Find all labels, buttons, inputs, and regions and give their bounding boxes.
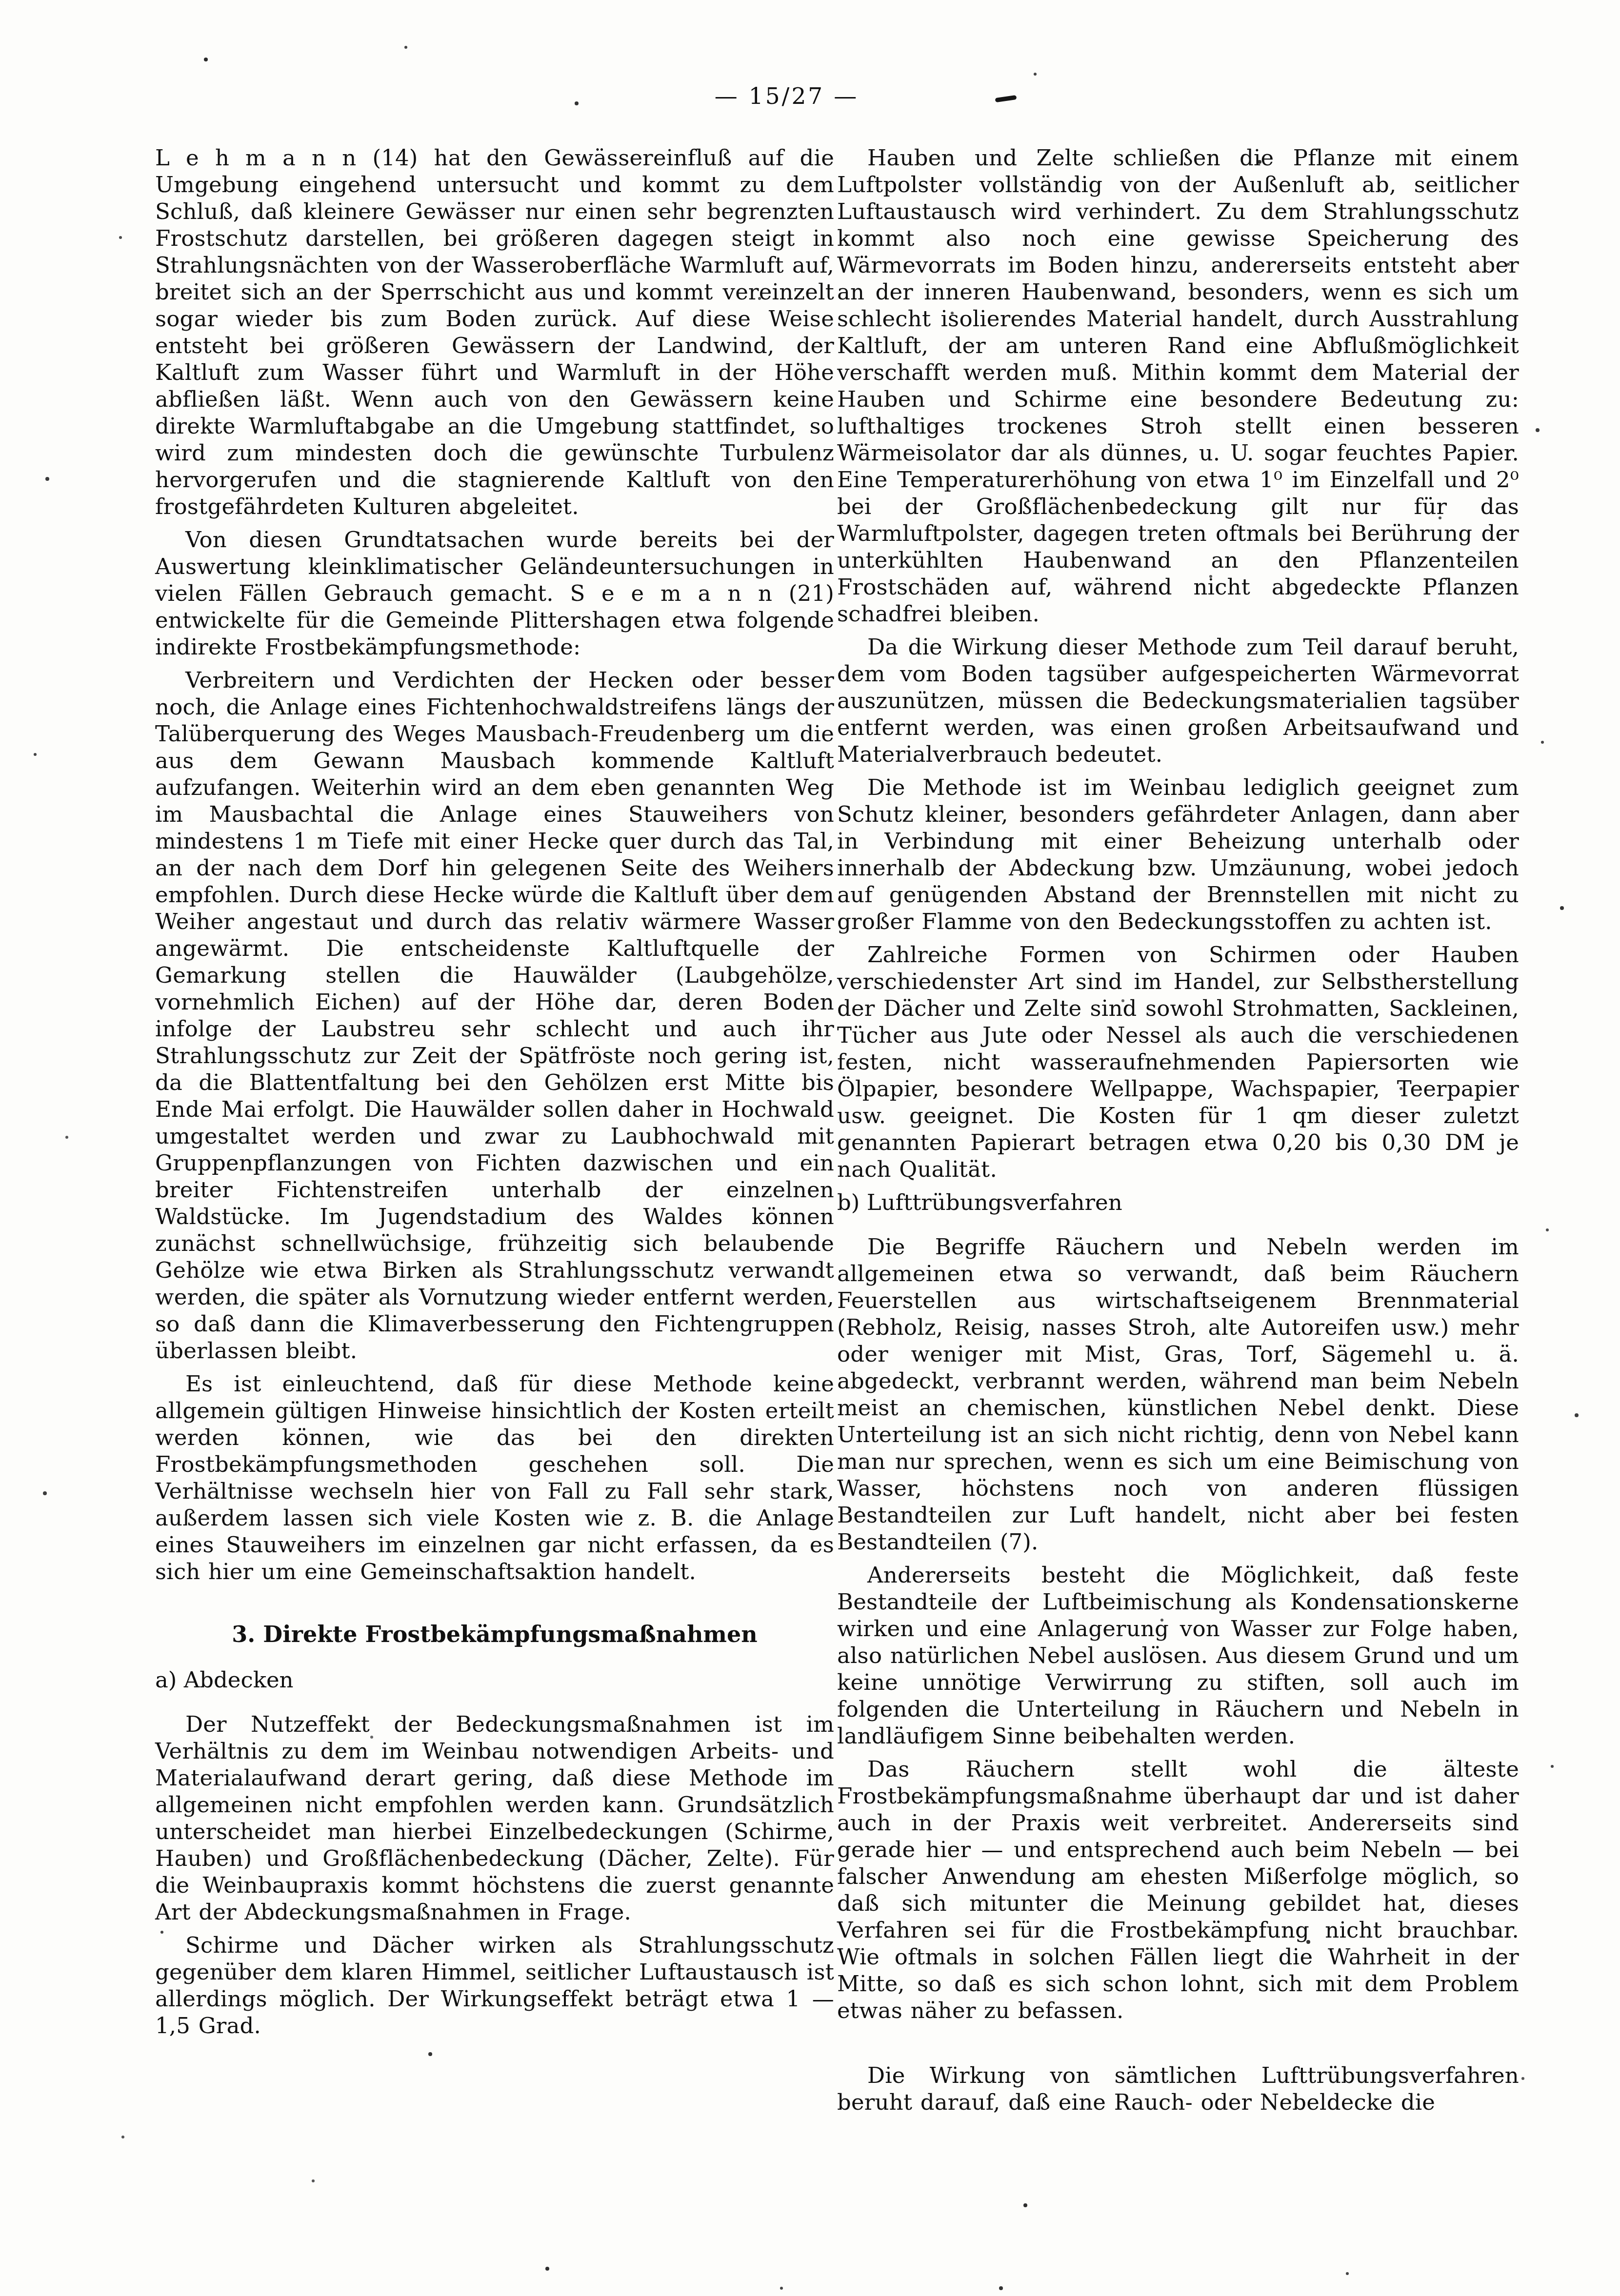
- paragraph-lehmann-gewaessereinfluss: L e h m a n n (14) hat den Gewässereinfl…: [155, 144, 834, 520]
- paragraph-schirme-daecher: Schirme und Dächer wirken als Strahlungs…: [155, 1932, 834, 2039]
- paragraph-nutzeffekt-bedeckung: Der Nutzeffekt der Bedeckungsmaßnahmen i…: [155, 1711, 834, 1925]
- paragraph-kosten-hinweise: Es ist einleuchtend, daß für diese Metho…: [155, 1370, 834, 1585]
- paragraph-methode-weinbau: Die Methode ist im Weinbau lediglich gee…: [837, 774, 1519, 935]
- left-column: L e h m a n n (14) hat den Gewässereinfl…: [155, 144, 834, 2045]
- paragraph-grundtatsachen: Von diesen Grundtatsachen wurde bereits …: [155, 526, 834, 660]
- paragraph-raeuchern-aelteste-massnahme: Das Räuchern stellt wohl die älteste Fro…: [837, 1756, 1519, 2024]
- paragraph-wirkung-lufttruebung: Die Wirkung von sämtlichen Lufttrübungsv…: [837, 2062, 1519, 2116]
- scan-noise-layer-right: [0, 0, 2, 2]
- section-heading-direkte-frostbekaempfung: 3. Direkte Frostbekämpfungsmaßnahmen: [155, 1621, 834, 1648]
- paragraph-hauben-zelte: Hauben und Zelte schließen die Pflanze m…: [837, 144, 1519, 627]
- scanned-page: — 15/27 — L e h m a n n (14) hat den Gew…: [0, 0, 1620, 2296]
- paragraph-kondensationskerne: Andererseits besteht die Möglichkeit, da…: [837, 1562, 1519, 1749]
- paragraph-waermevorrat: Da die Wirkung dieser Methode zum Teil d…: [837, 633, 1519, 768]
- sub-heading-abdecken: a) Abdecken: [155, 1666, 834, 1693]
- right-column: Hauben und Zelte schließen die Pflanze m…: [837, 144, 1519, 2122]
- paragraph-raeuchern-nebeln-begriffe: Die Begriffe Räuchern und Nebeln werden …: [837, 1233, 1519, 1555]
- scan-noise-layer-left: [0, 0, 2, 2]
- sub-heading-lufttruebungsverfahren: b) Lufttrübungsverfahren: [837, 1189, 1519, 1216]
- paragraph-hecken-stauweiher: Verbreitern und Verdichten der Hecken od…: [155, 667, 834, 1364]
- page-number: — 15/27 —: [0, 83, 1597, 110]
- paragraph-papiersorten-kosten: Zahlreiche Formen von Schirmen oder Haub…: [837, 941, 1519, 1183]
